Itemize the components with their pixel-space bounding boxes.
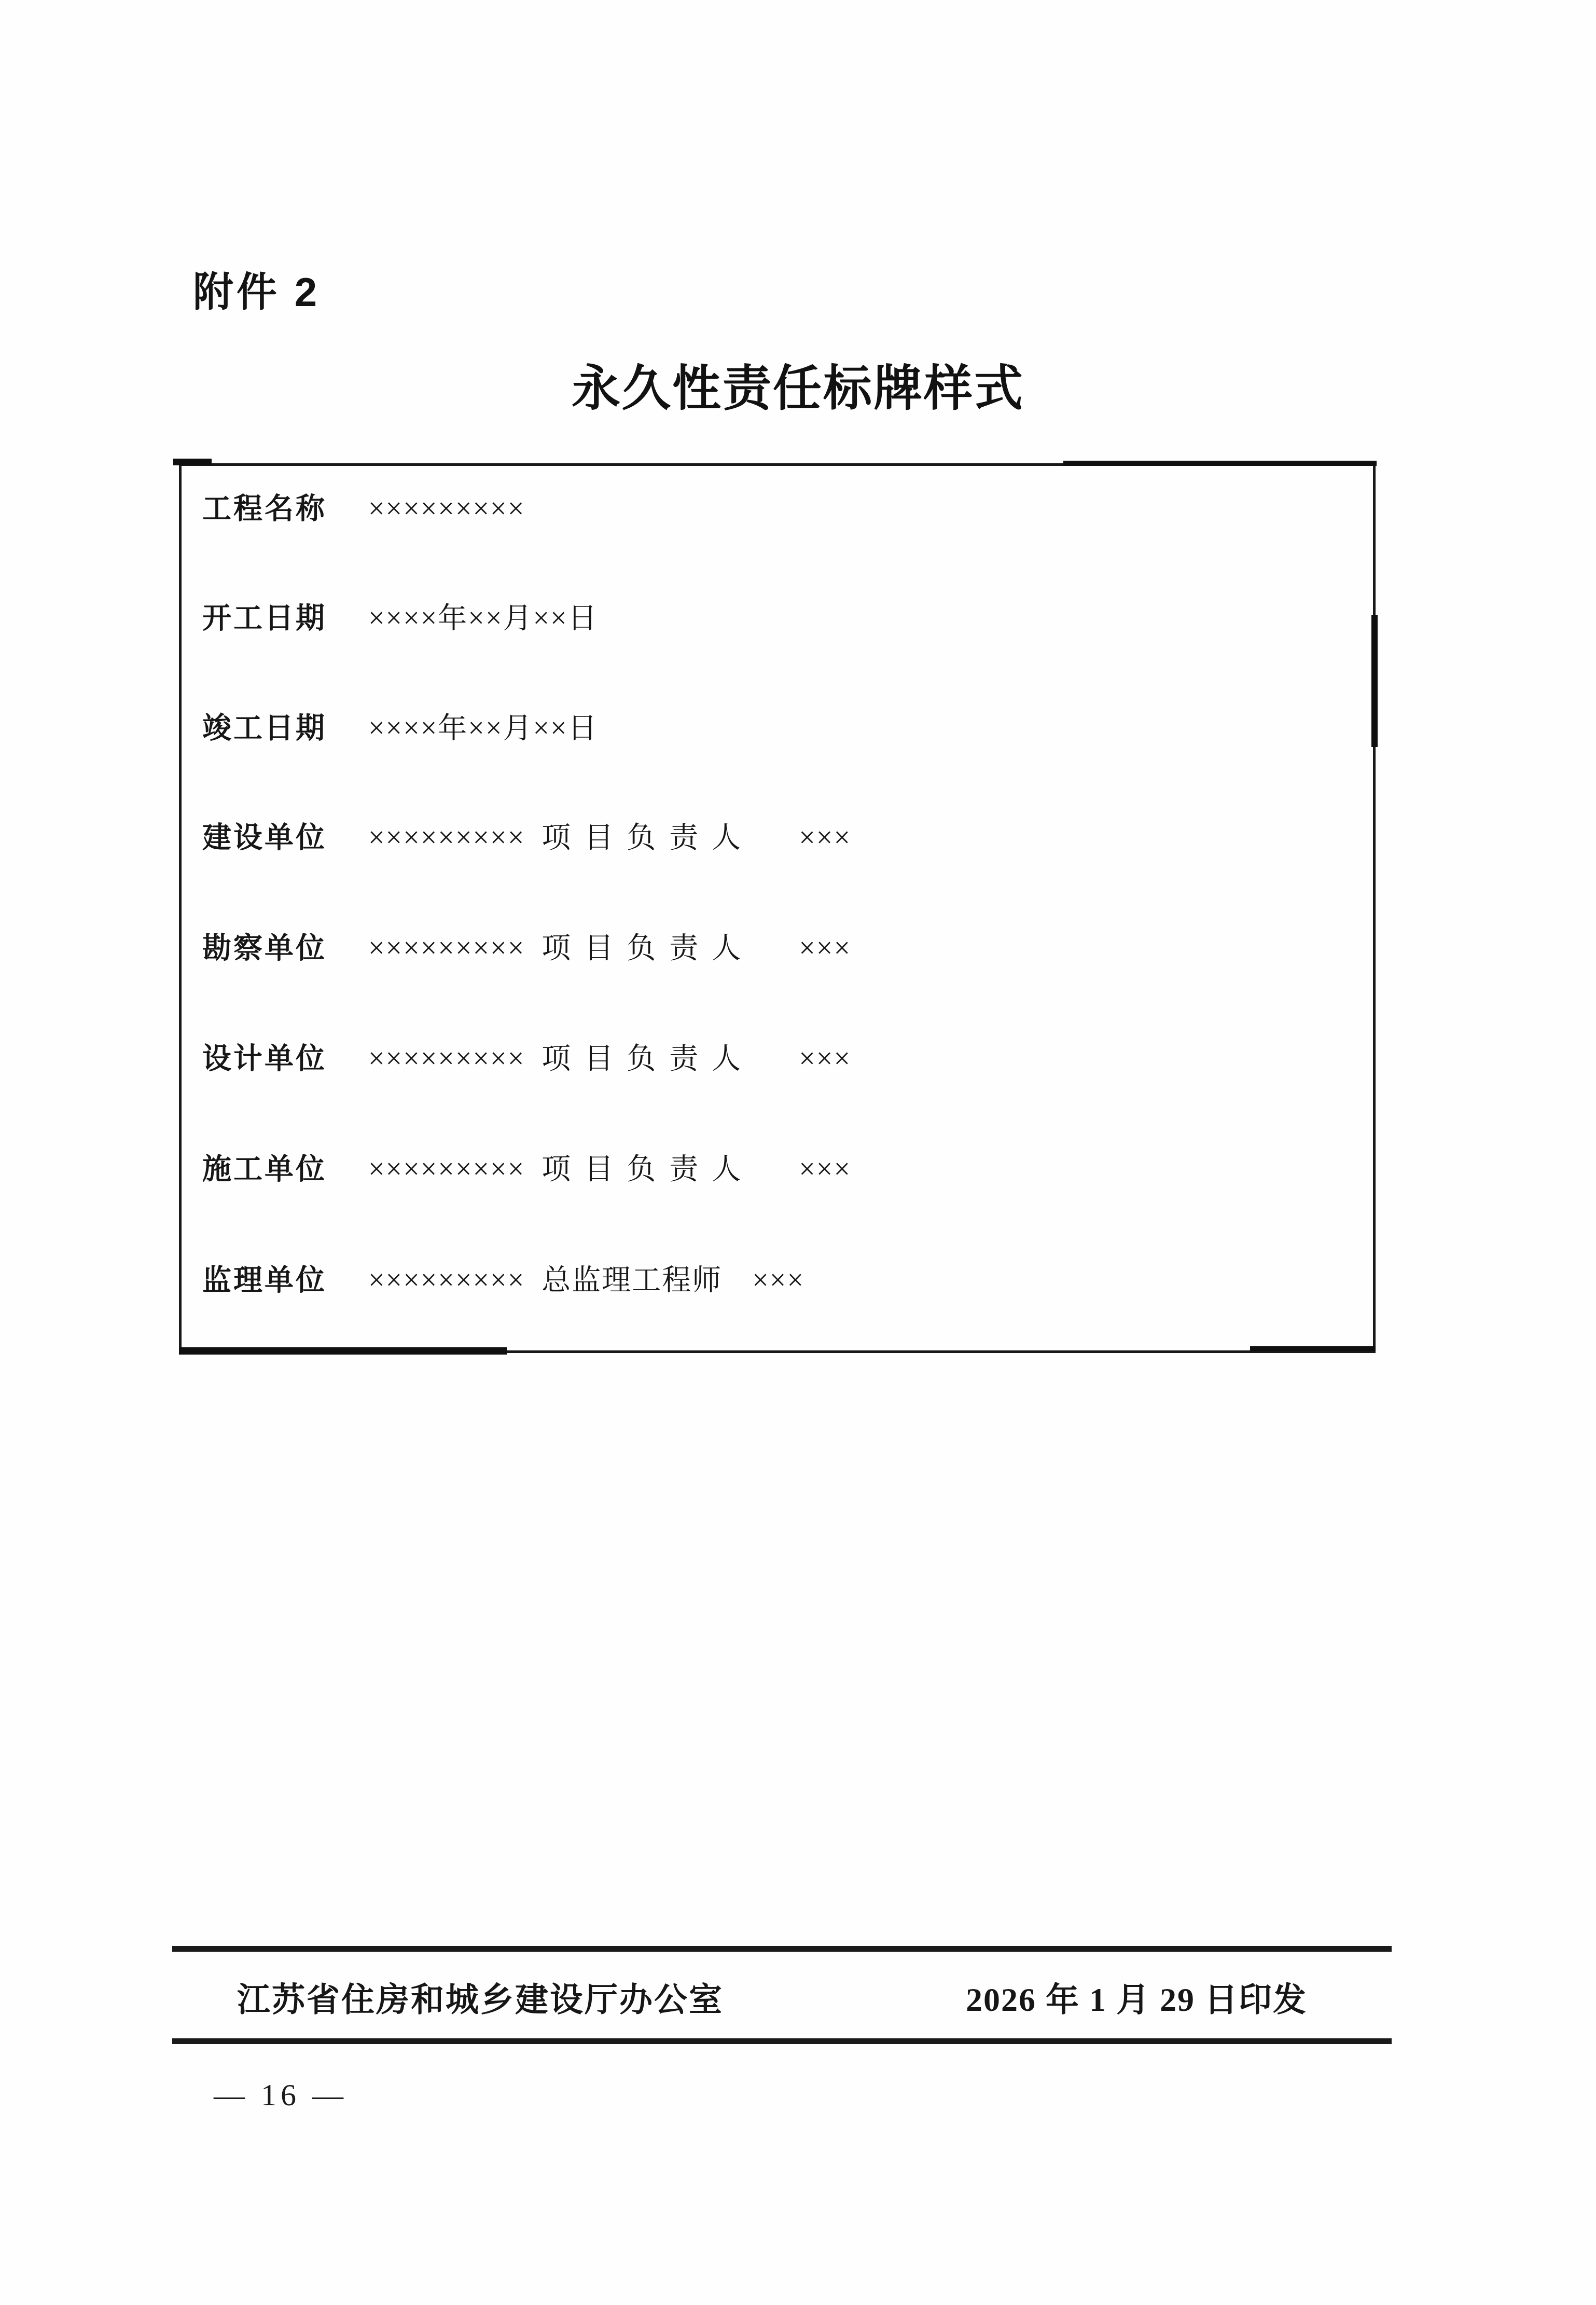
- row-value: ×××××××××: [368, 1153, 525, 1185]
- row-label: 设计单位: [202, 1042, 368, 1075]
- row-value: ×××××××××: [368, 1264, 525, 1296]
- board-row: 开工日期××××年××月××日: [202, 602, 598, 639]
- row-role-label: 总监理工程师: [542, 1264, 722, 1296]
- scan-mark: [1250, 1346, 1376, 1351]
- row-label: 施工单位: [202, 1153, 368, 1186]
- board-row: 竣工日期××××年××月××日: [202, 712, 598, 749]
- scan-mark: [1063, 461, 1377, 466]
- responsibility-sign-board: 工程名称××××××××× 开工日期××××年××月××日 竣工日期××××年×…: [179, 463, 1376, 1353]
- row-label: 工程名称: [202, 492, 368, 526]
- row-value: ×××××××××: [368, 493, 525, 525]
- row-role-label: 项 目 负 责 人: [542, 1043, 742, 1075]
- board-row: 监理单位×××××××××总监理工程师×××: [202, 1264, 804, 1301]
- board-row: 工程名称×××××××××: [202, 492, 525, 530]
- board-row: 勘察单位×××××××××项 目 负 责 人×××: [202, 932, 851, 969]
- page-title: 永久性责任标牌样式: [0, 364, 1596, 413]
- row-value: ×××××××××: [368, 1043, 525, 1075]
- issue-date: 2026 年 1 月 29 日印发: [966, 1983, 1307, 2017]
- row-person-value: ×××: [799, 1153, 851, 1185]
- scan-mark: [179, 1347, 507, 1355]
- row-person-value: ×××: [799, 932, 851, 964]
- board-row: 施工单位×××××××××项 目 负 责 人×××: [202, 1153, 851, 1190]
- row-label: 建设单位: [202, 821, 368, 854]
- row-person-value: ×××: [799, 822, 851, 854]
- scan-mark: [173, 459, 212, 465]
- row-value: ××××年××月××日: [368, 602, 598, 634]
- page-number: — 16 —: [214, 2079, 348, 2110]
- row-label: 竣工日期: [202, 712, 368, 745]
- row-role-label: 项 目 负 责 人: [542, 822, 742, 854]
- footer-rule-bottom: [172, 2038, 1392, 2044]
- issuer-name: 江苏省住房和城乡建设厅办公室: [237, 1983, 724, 2017]
- row-person-value: ×××: [752, 1264, 804, 1296]
- row-person-value: ×××: [799, 1043, 851, 1075]
- row-role-label: 项 目 负 责 人: [542, 932, 742, 964]
- row-label: 开工日期: [202, 602, 368, 635]
- row-label: 监理单位: [202, 1264, 368, 1297]
- board-row: 设计单位×××××××××项 目 负 责 人×××: [202, 1042, 851, 1080]
- row-value: ×××××××××: [368, 822, 525, 854]
- footer-rule-top: [172, 1946, 1392, 1952]
- document-page: 附件 2 永久性责任标牌样式 工程名称××××××××× 开工日期××××年××…: [0, 0, 1596, 2305]
- attachment-label: 附件 2: [193, 272, 320, 312]
- board-row: 建设单位×××××××××项 目 负 责 人×××: [202, 821, 851, 859]
- row-role-label: 项 目 负 责 人: [542, 1153, 742, 1185]
- row-value: ××××年××月××日: [368, 712, 598, 744]
- row-label: 勘察单位: [202, 932, 368, 965]
- row-value: ×××××××××: [368, 932, 525, 964]
- scan-mark: [1371, 615, 1378, 747]
